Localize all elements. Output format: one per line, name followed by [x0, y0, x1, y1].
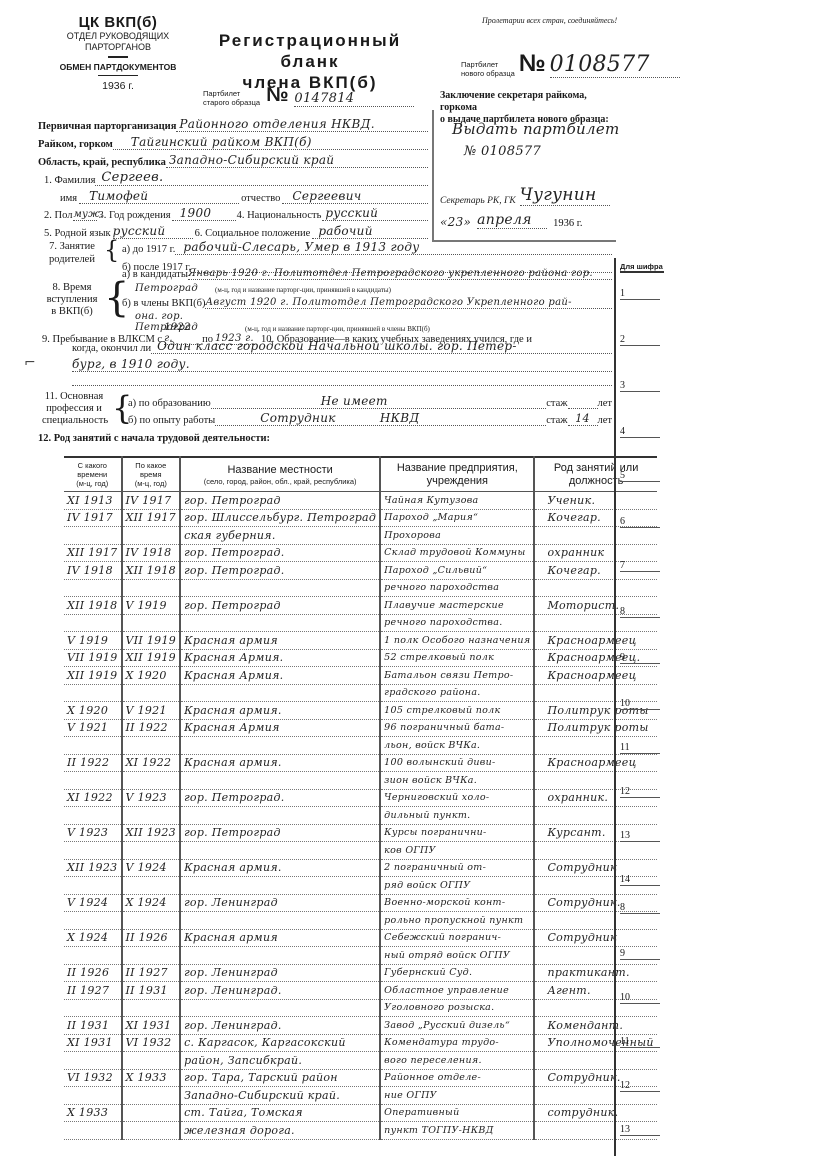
cell-to — [122, 1122, 181, 1140]
old-card-number: 0147814 — [294, 91, 414, 107]
candidate-value-line2: Петроград — [135, 283, 215, 294]
cipher-column-label: Для шифра — [620, 262, 664, 273]
cell-place: Красная армия — [180, 632, 380, 650]
cell-place: ст. Тайга, Томская — [180, 1104, 380, 1122]
stazh-label: стаж — [546, 398, 567, 409]
cell-org: Батальон связи Петро- — [380, 667, 534, 685]
slogan: Пролетарии всех стран, соединяйтесь! — [482, 16, 617, 25]
cell-org: 1 полк Особого назначения — [380, 632, 534, 650]
cell-to — [122, 1104, 181, 1122]
cell-from — [64, 614, 122, 632]
cell-place: гор. Ленинград. — [180, 982, 380, 1000]
cell-org: Себежский погранич- — [380, 929, 534, 947]
table-row: Уголовного розыска. — [64, 999, 657, 1017]
joining-label: 8. Время вступления в ВКП(б) — [42, 282, 102, 318]
cell-org: дильный пункт. — [380, 807, 534, 825]
birth-year-value: 1900 — [172, 206, 236, 221]
cell-org: 52 стрелковый полк — [380, 649, 534, 667]
cell-to: X 1920 — [122, 667, 181, 685]
old-card-label-line2: старого образца — [203, 98, 260, 107]
cipher-number: 12 — [620, 1080, 660, 1092]
sex-label: 2. Пол — [44, 210, 72, 221]
cell-to: V 1924 — [122, 859, 181, 877]
cell-place — [180, 684, 380, 702]
cell-to — [122, 684, 181, 702]
stazh-education-value — [568, 408, 598, 409]
cipher-column-rule — [614, 258, 616, 1156]
table-row: IV 1917XII 1917гор. Шлиссельбург. Петрог… — [64, 509, 657, 527]
secretary-label: Секретарь РК, ГК — [440, 196, 516, 206]
cell-place: Западно-Сибирский край. — [180, 1087, 380, 1105]
date-year: 1936 г. — [553, 218, 582, 229]
table-row: рольно пропускной пункт — [64, 912, 657, 930]
education-row: когда, окончил ли Один класс городской Н… — [72, 339, 612, 354]
table-row: ков ОГПУ — [64, 842, 657, 860]
table-row: V 1921II 1922Красная Армия96 пограничный… — [64, 719, 657, 737]
cipher-number: 4 — [620, 426, 660, 438]
cell-place: Красная Армия. — [180, 667, 380, 685]
surname-value: Сергеев. — [95, 170, 428, 186]
cell-org: 96 пограничный бата- — [380, 719, 534, 737]
table-row: X 1933ст. Тайга, ТомскаяОперативныйсотру… — [64, 1104, 657, 1122]
cell-from: XII 1923 — [64, 859, 122, 877]
cell-to — [122, 877, 181, 895]
cell-to — [122, 842, 181, 860]
cell-org: Пароход „Мария“ — [380, 509, 534, 527]
number-sign: № — [266, 84, 288, 107]
cell-org: Завод „Русский дизель“ — [380, 1017, 534, 1035]
cell-org: Комендатура трудо- — [380, 1034, 534, 1052]
table-row: ряд войск ОГПУ — [64, 877, 657, 895]
new-party-card: Партбилет нового образца № 0108577 — [461, 50, 680, 78]
cell-to: V 1921 — [122, 702, 181, 720]
col-header-org: Название предприятия, учреждения — [380, 457, 534, 492]
cell-place: Красная армия — [180, 929, 380, 947]
col-header-from: С какого времени (м-ц, год) — [64, 457, 122, 492]
table-row: II 1927II 1931гор. Ленинград.Областное у… — [64, 982, 657, 1000]
cell-position: Ученик. — [534, 492, 656, 510]
table-row: речного пароходства. — [64, 614, 657, 632]
cell-place: Красная армия. — [180, 859, 380, 877]
cell-to — [122, 579, 181, 597]
cipher-number: 2 — [620, 334, 660, 346]
work-history-heading: 12. Род занятий с начала трудовой деятел… — [38, 433, 270, 444]
table-row: VI 1932X 1933гор. Тара, Тарский районРай… — [64, 1069, 657, 1087]
cell-to — [122, 912, 181, 930]
cell-from: VI 1932 — [64, 1069, 122, 1087]
cell-from: V 1919 — [64, 632, 122, 650]
date-month: апреля — [477, 212, 547, 229]
table-row: XI 1922V 1923гор. Петроград.Черниговский… — [64, 789, 657, 807]
primary-org-label: Первичная парторганизация — [38, 121, 176, 132]
cell-to — [122, 737, 181, 755]
table-row: ный отряд войск ОГПУ — [64, 947, 657, 965]
col-from-line1: С какого — [66, 461, 119, 470]
cell-position — [534, 842, 656, 860]
cell-org: ков ОГПУ — [380, 842, 534, 860]
cell-place: гор. Ленинград — [180, 894, 380, 912]
cell-org: зион войск ВЧКа. — [380, 772, 534, 790]
cell-from: X 1924 — [64, 929, 122, 947]
brace-icon: { — [104, 238, 119, 262]
divider — [98, 75, 138, 76]
region-row: Область, край, республика Западно-Сибирс… — [38, 153, 428, 168]
cell-to — [122, 807, 181, 825]
by-education-value: Не имеет — [211, 394, 547, 409]
col-org-line1: Название предприятия, — [383, 462, 531, 475]
work-history-table: С какого времени (м-ц, год) По какое вре… — [64, 456, 657, 1140]
cell-org: Черниговский холо- — [380, 789, 534, 807]
cell-org: Районное отделе- — [380, 1069, 534, 1087]
cell-from — [64, 684, 122, 702]
cipher-number: 9 — [620, 652, 660, 664]
social-value: рабочий — [312, 224, 428, 239]
cell-org: ный отряд войск ОГПУ — [380, 947, 534, 965]
cell-position — [534, 579, 656, 597]
parents-before-row: а) до 1917 г. рабочий-Слесарь, Умер в 19… — [122, 240, 612, 255]
cipher-number: 11 — [620, 1036, 660, 1048]
cell-from: II 1922 — [64, 754, 122, 772]
secretary-decision-line1: Выдать партбилет — [452, 120, 620, 138]
cell-org: Пароход „Сильвий“ — [380, 562, 534, 580]
table-row: зион войск ВЧКа. — [64, 772, 657, 790]
cell-org: 2 пограничный от- — [380, 859, 534, 877]
education-value-line1: Один класс городской Начальной школы. го… — [151, 339, 612, 354]
cell-place — [180, 772, 380, 790]
cell-place — [180, 579, 380, 597]
education-label-line2: когда, окончил ли — [72, 343, 151, 354]
cell-to: II 1931 — [122, 982, 181, 1000]
cell-to: IV 1917 — [122, 492, 181, 510]
cell-org: Прохорова — [380, 527, 534, 545]
cell-place: гор. Ленинград — [180, 964, 380, 982]
cell-place: ская губерния. — [180, 527, 380, 545]
number-sign: № — [519, 50, 546, 78]
new-card-label-line2: нового образца — [461, 69, 515, 78]
cell-from — [64, 877, 122, 895]
cell-from: VII 1919 — [64, 649, 122, 667]
profession-label-line2: профессия и — [42, 403, 106, 415]
table-row: XII 1918V 1919гор. ПетроградПлавучие мас… — [64, 597, 657, 615]
cell-position: практикант. — [534, 964, 656, 982]
cell-org: Губернский Суд. — [380, 964, 534, 982]
member-value-line1: Август 1920 г. Политотдел Петроградского… — [205, 297, 612, 309]
new-card-label-line1: Партбилет — [461, 60, 515, 69]
col-to-line1: По какое — [125, 461, 178, 470]
cipher-number: 11 — [620, 742, 660, 754]
cipher-number: 12 — [620, 786, 660, 798]
cell-to — [122, 1052, 181, 1070]
cell-to: II 1926 — [122, 929, 181, 947]
name-row: имя Тимофей отчество Сергеевич — [60, 189, 428, 204]
cell-org: вого переселения. — [380, 1052, 534, 1070]
cell-from — [64, 772, 122, 790]
table-row: VII 1919XII 1919Красная Армия.52 стрелко… — [64, 649, 657, 667]
cell-from — [64, 842, 122, 860]
raikom-row: Райком, горком Тайгинский райком ВКП(б) — [38, 135, 428, 150]
surname-row: 1. Фамилия Сергеев. — [44, 170, 428, 186]
cell-to: XII 1919 — [122, 649, 181, 667]
surname-label: 1. Фамилия — [44, 175, 95, 186]
cell-from: V 1923 — [64, 824, 122, 842]
cell-from — [64, 527, 122, 545]
cell-org: ряд войск ОГПУ — [380, 877, 534, 895]
margin-mark: ⌐ — [24, 355, 36, 371]
cell-org: Уголовного розыска. — [380, 999, 534, 1017]
table-header-row: С какого времени (м-ц, год) По какое вре… — [64, 457, 657, 492]
old-card-label: Партбилет старого образца — [203, 89, 260, 107]
joining-label-line1: 8. Время — [42, 282, 102, 294]
table-row: X 1920V 1921Красная армия.105 стрелковый… — [64, 702, 657, 720]
region-label: Область, край, республика — [38, 157, 166, 168]
cipher-number: 13 — [620, 1124, 660, 1136]
cipher-number: 7 — [620, 560, 660, 572]
secretary-signature-row: Секретарь РК, ГК Чугунин — [440, 185, 610, 206]
member-label: б) в члены ВКП(б) — [122, 298, 205, 309]
cell-position — [534, 912, 656, 930]
cell-to: X 1924 — [122, 894, 181, 912]
table-row: дильный пункт. — [64, 807, 657, 825]
cell-org: пункт ТОГПУ-НКВД — [380, 1122, 534, 1140]
cell-org: Военно-морской конт- — [380, 894, 534, 912]
by-experience-label: б) по опыту работы — [128, 415, 215, 426]
cell-position: Сотрудник — [534, 929, 656, 947]
cell-to: VII 1919 — [122, 632, 181, 650]
cell-place — [180, 912, 380, 930]
sex-birth-row: 2. Пол муж. 3. Год рождения 1900 4. Наци… — [44, 206, 428, 221]
education-blank-line — [72, 384, 612, 386]
cell-org: рольно пропускной пункт — [380, 912, 534, 930]
candidate-hint: (м-ц, год и название парторг-ции, приняв… — [215, 286, 391, 294]
cell-org: Оперативный — [380, 1104, 534, 1122]
table-row: II 1926II 1927гор. ЛенинградГубернский С… — [64, 964, 657, 982]
cell-place: с. Каргасок, Каргасокский — [180, 1034, 380, 1052]
cell-org: Склад трудовой Коммуны — [380, 544, 534, 562]
new-card-label: Партбилет нового образца — [461, 60, 515, 78]
stazh-label: стаж — [546, 415, 567, 426]
cell-to: II 1927 — [122, 964, 181, 982]
cell-place: Красная Армия. — [180, 649, 380, 667]
cell-from: XI 1922 — [64, 789, 122, 807]
cell-position: Красноармеец — [534, 667, 656, 685]
cell-place: гор. Петроград. — [180, 544, 380, 562]
nationality-value: русский — [322, 206, 428, 221]
cell-org: 100 волынский диви- — [380, 754, 534, 772]
raikom-label: Райком, горком — [38, 139, 113, 150]
language-social-row: 5. Родной язык русский 6. Социальное пол… — [44, 224, 428, 239]
table-row: II 1922XI 1922Красная армия.100 волынски… — [64, 754, 657, 772]
parents-label: 7. Занятие родителей — [42, 240, 102, 266]
cell-to: VI 1932 — [122, 1034, 181, 1052]
candidate-row: а) в кандидаты Январь 1920 г. Политотдел… — [122, 268, 612, 280]
table-row: X 1924II 1926Красная армияСебежский погр… — [64, 929, 657, 947]
cell-from — [64, 912, 122, 930]
cipher-number: 8 — [620, 606, 660, 618]
sex-value: муж. — [73, 209, 97, 221]
col-to-line3: (м-ц, год) — [125, 479, 178, 488]
col-place-line2: (село, город, район, обл., край, республ… — [183, 477, 377, 486]
cell-place: гор. Тара, Тарский район — [180, 1069, 380, 1087]
cell-org: Чайная Кутузова — [380, 492, 534, 510]
table-row: II 1931XI 1931гор. Ленинград.Завод „Русс… — [64, 1017, 657, 1035]
cell-to: V 1923 — [122, 789, 181, 807]
cell-from — [64, 947, 122, 965]
cell-place: гор. Петроград — [180, 597, 380, 615]
org-dept-line1: ОТДЕЛ РУКОВОДЯЩИХ — [56, 31, 180, 42]
cipher-number: 1 — [620, 288, 660, 300]
education-value-line2: бург, в 1910 году. — [72, 357, 612, 372]
cell-place: гор. Ленинград. — [180, 1017, 380, 1035]
candidate-row2: Петроград (м-ц, год и название парторг-ц… — [135, 283, 612, 294]
cipher-number: 10 — [620, 698, 660, 710]
cell-to: XII 1918 — [122, 562, 181, 580]
cipher-number: 10 — [620, 992, 660, 1004]
cell-org: речного пароходства — [380, 579, 534, 597]
cell-to — [122, 527, 181, 545]
cell-place: Красная Армия — [180, 719, 380, 737]
by-experience-value: Сотрудник НКВД — [215, 411, 546, 426]
cell-to — [122, 772, 181, 790]
cell-position: Красноармеец — [534, 632, 656, 650]
parents-before-label: а) до 1917 г. — [122, 244, 175, 255]
cell-to — [122, 947, 181, 965]
cell-org: льон, войск ВЧКа. — [380, 737, 534, 755]
cell-from: XI 1931 — [64, 1034, 122, 1052]
cell-place — [180, 842, 380, 860]
cell-position: Комендант. — [534, 1017, 656, 1035]
birth-year-label: 3. Год рождения — [98, 210, 170, 221]
cell-to: XI 1922 — [122, 754, 181, 772]
cipher-number: 14 — [620, 874, 660, 886]
table-row: XI 1913IV 1917гор. ПетроградЧайная Кутуз… — [64, 492, 657, 510]
cell-position: Красноармеец — [534, 754, 656, 772]
cell-from: X 1933 — [64, 1104, 122, 1122]
secretary-date: «23» апреля 1936 г. — [440, 212, 583, 229]
cell-to — [122, 614, 181, 632]
cell-from — [64, 807, 122, 825]
cell-from: II 1926 — [64, 964, 122, 982]
cell-to: II 1922 — [122, 719, 181, 737]
cell-from: XII 1919 — [64, 667, 122, 685]
col-from-line3: (м-ц, год) — [66, 479, 119, 488]
social-label: 6. Социальное положение — [195, 228, 311, 239]
table-row: ская губерния.Прохорова — [64, 527, 657, 545]
cell-position — [534, 1052, 656, 1070]
cell-from: XII 1917 — [64, 544, 122, 562]
cipher-number: 13 — [620, 830, 660, 842]
parents-before-value: рабочий-Слесарь, Умер в 1913 году — [175, 240, 612, 255]
cell-from — [64, 999, 122, 1017]
language-label: 5. Родной язык — [44, 228, 111, 239]
cell-from: II 1927 — [64, 982, 122, 1000]
issuing-organization: ЦК ВКП(б) ОТДЕЛ РУКОВОДЯЩИХ ПАРТОРГАНОВ … — [56, 14, 180, 92]
member-row: б) в члены ВКП(б) Август 1920 г. Политот… — [122, 297, 612, 309]
cell-to: XII 1917 — [122, 509, 181, 527]
table-row: район, Запсибкрай.вого переселения. — [64, 1052, 657, 1070]
cell-org: Плавучие мастерские — [380, 597, 534, 615]
cell-position: Политрук роты — [534, 719, 656, 737]
primary-org-value: Районного отделения НКВД. — [176, 117, 428, 132]
cell-position — [534, 807, 656, 825]
cell-from: IV 1917 — [64, 509, 122, 527]
table-row: XII 1923V 1924Красная армия.2 пограничны… — [64, 859, 657, 877]
col-to-line2: время — [125, 470, 178, 479]
patronymic-label: отчество — [241, 193, 280, 204]
table-row: железная дорога.пункт ТОГПУ-НКВД — [64, 1122, 657, 1140]
profession-label-line3: специальность — [42, 415, 106, 427]
table-row: льон, войск ВЧКа. — [64, 737, 657, 755]
cell-from — [64, 737, 122, 755]
cell-from — [64, 579, 122, 597]
cell-place: железная дорога. — [180, 1122, 380, 1140]
primary-org-row: Первичная парторганизация Районного отде… — [38, 117, 428, 132]
cipher-number: 3 — [620, 380, 660, 392]
stazh-experience-value: 14 — [568, 412, 598, 426]
table-row: XII 1919X 1920Красная Армия.Батальон свя… — [64, 667, 657, 685]
patronymic-value: Сергеевич — [282, 189, 428, 204]
joining-label-line2: вступления — [42, 294, 102, 306]
cell-to: XII 1923 — [122, 824, 181, 842]
cell-from: X 1920 — [64, 702, 122, 720]
by-education-row: а) по образованию Не имеет стаж лет — [128, 394, 612, 409]
col-place-line1: Название местности — [183, 464, 377, 477]
by-education-label: а) по образованию — [128, 398, 211, 409]
cell-org: ние ОГПУ — [380, 1087, 534, 1105]
cell-to: V 1919 — [122, 597, 181, 615]
table-row: IV 1918XII 1918гор. Петроград.Пароход „С… — [64, 562, 657, 580]
table-row: V 1919VII 1919Красная армия1 полк Особог… — [64, 632, 657, 650]
nationality-label: 4. Национальность — [237, 210, 322, 221]
name-label: имя — [60, 193, 77, 204]
cipher-number: 5 — [620, 470, 660, 482]
cell-place: район, Запсибкрай. — [180, 1052, 380, 1070]
cell-from: IV 1918 — [64, 562, 122, 580]
cell-place — [180, 737, 380, 755]
cell-position — [534, 527, 656, 545]
cell-place: гор. Петроград — [180, 824, 380, 842]
cell-place — [180, 807, 380, 825]
col-header-place: Название местности (село, город, район, … — [180, 457, 380, 492]
date-day: «23» — [440, 215, 471, 229]
table-row: V 1924X 1924гор. ЛенинградВоенно-морской… — [64, 894, 657, 912]
table-row: Западно-Сибирский край.ние ОГПУ — [64, 1087, 657, 1105]
cell-from — [64, 1052, 122, 1070]
secretary-signature: Чугунин — [520, 185, 610, 206]
cell-org: 105 стрелковый полк — [380, 702, 534, 720]
cell-from: V 1921 — [64, 719, 122, 737]
table-row: речного пароходства — [64, 579, 657, 597]
cell-from: XI 1913 — [64, 492, 122, 510]
cell-from: XII 1918 — [64, 597, 122, 615]
cell-place — [180, 947, 380, 965]
cell-place: Красная армия. — [180, 754, 380, 772]
cipher-number: 6 — [620, 516, 660, 528]
cell-place: гор. Петроград. — [180, 562, 380, 580]
table-row: XI 1931VI 1932с. Каргасок, КаргасокскийК… — [64, 1034, 657, 1052]
raikom-value: Тайгинский райком ВКП(б) — [113, 135, 428, 150]
cell-org: градского района. — [380, 684, 534, 702]
cell-place: гор. Петроград. — [180, 789, 380, 807]
cell-to: XI 1931 — [122, 1017, 181, 1035]
table-row: V 1923XII 1923гор. ПетроградКурсы погран… — [64, 824, 657, 842]
org-main: ЦК ВКП(б) — [56, 14, 180, 31]
parents-label-line2: родителей — [42, 253, 102, 266]
cell-from: V 1924 — [64, 894, 122, 912]
col-header-to: По какое время (м-ц, год) — [122, 457, 181, 492]
cell-to: IV 1918 — [122, 544, 181, 562]
org-exchange: ОБМЕН ПАРТДОКУМЕНТОВ — [56, 62, 180, 72]
secretary-decision-line2: № 0108577 — [464, 144, 541, 159]
